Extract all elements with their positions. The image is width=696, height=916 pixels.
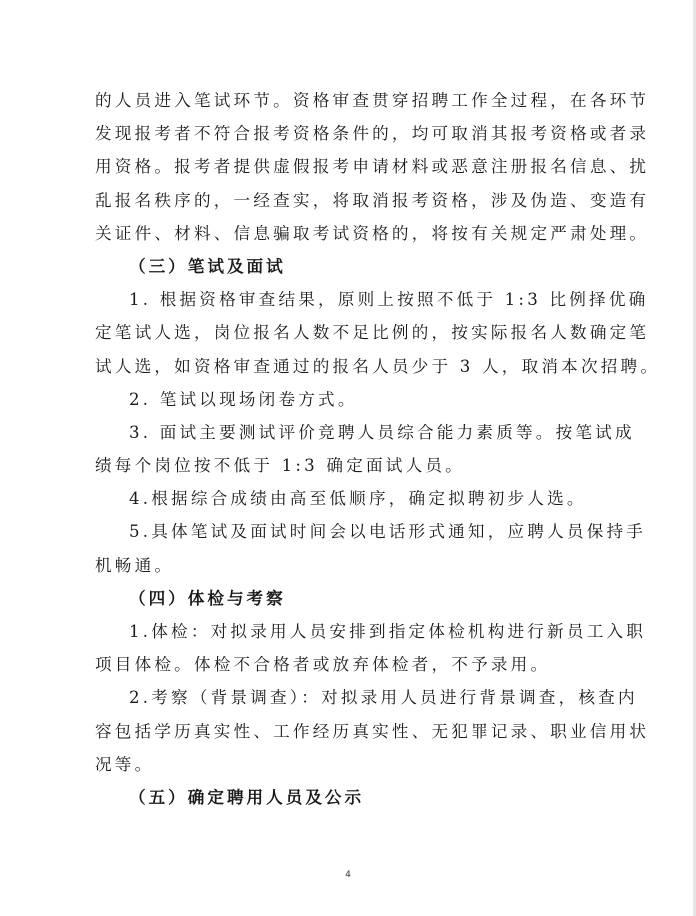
text-line: 用资格。报考者提供虚假报考申请材料或恶意注册报名信息、扰 <box>95 150 607 183</box>
paragraph-item-2: 2. 笔试以现场闭卷方式。 <box>95 383 607 416</box>
paragraph-medical-exam: 1.体检：对拟录用人员安排到指定体检机构进行新员工入职 项目体检。体检不合格者或… <box>95 615 607 681</box>
paragraph-qualification-review: 的人员进入笔试环节。资格审查贯穿招聘工作全过程，在各环节 发现报考者不符合报考资… <box>95 84 607 250</box>
text-line: 2. 笔试以现场闭卷方式。 <box>95 383 607 416</box>
text-line: 4.根据综合成绩由高至低顺序，确定拟聘初步人选。 <box>95 482 607 515</box>
text-line: 项目体检。体检不合格者或放弃体检者，不予录用。 <box>95 648 607 681</box>
paragraph-item-1: 1. 根据资格审查结果，原则上按照不低于 1:3 比例择优确 定笔试人选，岗位报… <box>95 283 607 383</box>
text-line: 2.考察（背景调查）：对拟录用人员进行背景调查，核查内 <box>95 681 607 714</box>
text-line: 发现报考者不符合报考资格条件的，均可取消其报考资格或者录 <box>95 117 607 150</box>
text-line: 绩每个岗位按不低于 1:3 确定面试人员。 <box>95 449 607 482</box>
text-line: 定笔试人选，岗位报名人数不足比例的，按实际报名人数确定笔 <box>95 316 607 349</box>
text-line: 5.具体笔试及面试时间会以电话形式通知，应聘人员保持手 <box>95 515 607 548</box>
section-heading-medical-and-background: （四）体检与考察 <box>95 582 607 615</box>
page-number: 4 <box>0 870 696 880</box>
paragraph-item-3: 3. 面试主要测试评价竞聘人员综合能力素质等。按笔试成 绩每个岗位按不低于 1:… <box>95 416 607 482</box>
text-line: 试人选，如资格审查通过的报名人员少于 3 人，取消本次招聘。 <box>95 350 607 383</box>
text-line: 机畅通。 <box>95 549 607 582</box>
text-line: 况等。 <box>95 748 607 781</box>
paragraph-background-check: 2.考察（背景调查）：对拟录用人员进行背景调查，核查内 容包括学历真实性、工作经… <box>95 681 607 781</box>
text-line: 1. 根据资格审查结果，原则上按照不低于 1:3 比例择优确 <box>95 283 607 316</box>
paragraph-item-5: 5.具体笔试及面试时间会以电话形式通知，应聘人员保持手 机畅通。 <box>95 515 607 581</box>
section-heading-written-and-interview: （三）笔试及面试 <box>95 250 607 283</box>
section-heading-hiring-and-publicity: （五）确定聘用人员及公示 <box>95 781 607 814</box>
text-line: 乱报名秩序的，一经查实，将取消报考资格，涉及伪造、变造有 <box>95 184 607 217</box>
text-line: 1.体检：对拟录用人员安排到指定体检机构进行新员工入职 <box>95 615 607 648</box>
paragraph-item-4: 4.根据综合成绩由高至低顺序，确定拟聘初步人选。 <box>95 482 607 515</box>
text-line: 的人员进入笔试环节。资格审查贯穿招聘工作全过程，在各环节 <box>95 84 607 117</box>
text-line: 3. 面试主要测试评价竞聘人员综合能力素质等。按笔试成 <box>95 416 607 449</box>
text-line: 关证件、材料、信息骗取考试资格的，将按有关规定严肃处理。 <box>95 217 607 250</box>
document-page: 的人员进入笔试环节。资格审查贯穿招聘工作全过程，在各环节 发现报考者不符合报考资… <box>95 84 607 814</box>
text-line: 容包括学历真实性、工作经历真实性、无犯罪记录、职业信用状 <box>95 715 607 748</box>
